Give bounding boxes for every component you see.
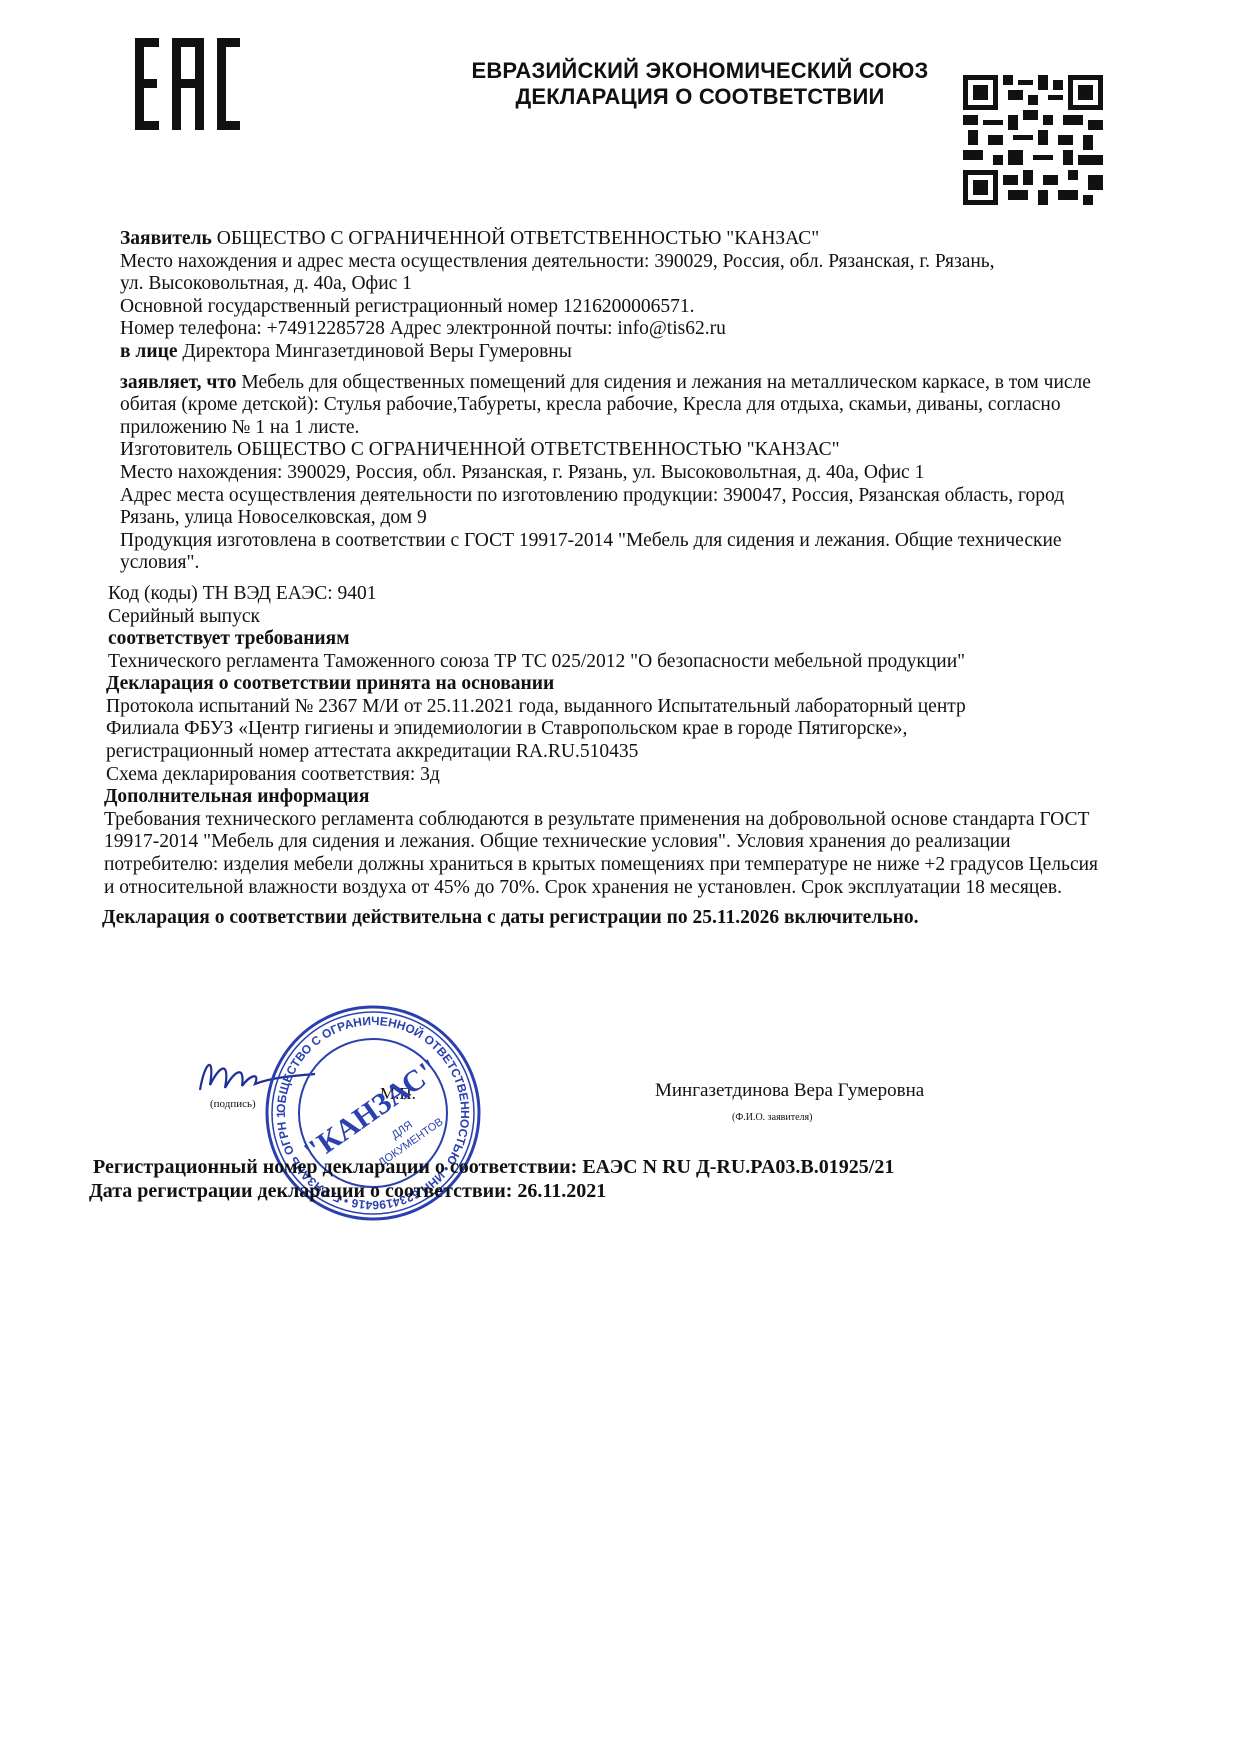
- svg-text:"КАНЗАС": "КАНЗАС": [297, 1052, 445, 1170]
- basis-line-1: Протокола испытаний № 2367 М/И от 25.11.…: [106, 696, 1110, 719]
- manufacturer-name: Изготовитель ОБЩЕСТВО С ОГРАНИЧЕННОЙ ОТВ…: [120, 439, 1110, 462]
- additional-heading: Дополнительная информация: [104, 786, 1110, 809]
- manufacturer-production-address: Адрес места осуществления деятельности п…: [120, 485, 1110, 530]
- declaration-scheme: Схема декларирования соответствия: 3д: [106, 764, 1110, 787]
- declaration-body: Заявитель ОБЩЕСТВО С ОГРАНИЧЕННОЙ ОТВЕТС…: [120, 228, 1110, 930]
- registration-block: Регистрационный номер декларации о соотв…: [93, 1155, 894, 1203]
- applicant-address-1: Место нахождения и адрес места осуществл…: [120, 251, 1110, 274]
- declares-text: заявляет, что Мебель для общественных по…: [120, 372, 1110, 440]
- registration-date: Дата регистрации декларации о соответств…: [89, 1179, 894, 1203]
- registration-number: Регистрационный номер декларации о соотв…: [93, 1155, 894, 1179]
- applicant-representative: в лице Директора Мингазетдиновой Веры Гу…: [120, 341, 1110, 364]
- additional-text: Требования технического регламента соблю…: [104, 809, 1110, 899]
- release-type: Серийный выпуск: [108, 606, 1110, 629]
- tnved-code: Код (коды) ТН ВЭД ЕАЭС: 9401: [108, 583, 1110, 606]
- basis-line-2: Филиала ФБУЗ «Центр гигиены и эпидемиоло…: [106, 718, 1110, 741]
- compliance-text: Технического регламента Таможенного союз…: [108, 651, 1110, 674]
- eac-logo: [135, 38, 240, 130]
- qr-code-icon: [963, 75, 1103, 205]
- applicant-address-2: ул. Высоковольтная, д. 40а, Офис 1: [120, 273, 1110, 296]
- basis-line-3: регистрационный номер аттестата аккредит…: [106, 741, 1110, 764]
- basis-heading: Декларация о соответствии принята на осн…: [106, 673, 1110, 696]
- applicant-contacts: Номер телефона: +74912285728 Адрес элект…: [120, 318, 1110, 341]
- document-header: ЕВРАЗИЙСКИЙ ЭКОНОМИЧЕСКИЙ СОЮЗ ДЕКЛАРАЦИ…: [440, 58, 960, 110]
- applicant-line: Заявитель ОБЩЕСТВО С ОГРАНИЧЕННОЙ ОТВЕТС…: [120, 228, 1110, 251]
- union-title: ЕВРАЗИЙСКИЙ ЭКОНОМИЧЕСКИЙ СОЮЗ: [440, 58, 960, 84]
- signer-name: Мингазетдинова Вера Гумеровна: [655, 1080, 924, 1102]
- manufacturer-standard: Продукция изготовлена в соответствии с Г…: [120, 530, 1110, 575]
- signature-label: (подпись): [210, 1098, 256, 1110]
- compliance-heading: соответствует требованиям: [108, 628, 1110, 651]
- manufacturer-location: Место нахождения: 390029, Россия, обл. Р…: [120, 462, 1110, 485]
- declaration-title: ДЕКЛАРАЦИЯ О СООТВЕТСТВИИ: [440, 84, 960, 110]
- validity-text: Декларация о соответствии действительна …: [102, 907, 1110, 930]
- applicant-ogrn: Основной государственный регистрационный…: [120, 296, 1110, 319]
- signer-label: (Ф.И.О. заявителя): [732, 1112, 812, 1123]
